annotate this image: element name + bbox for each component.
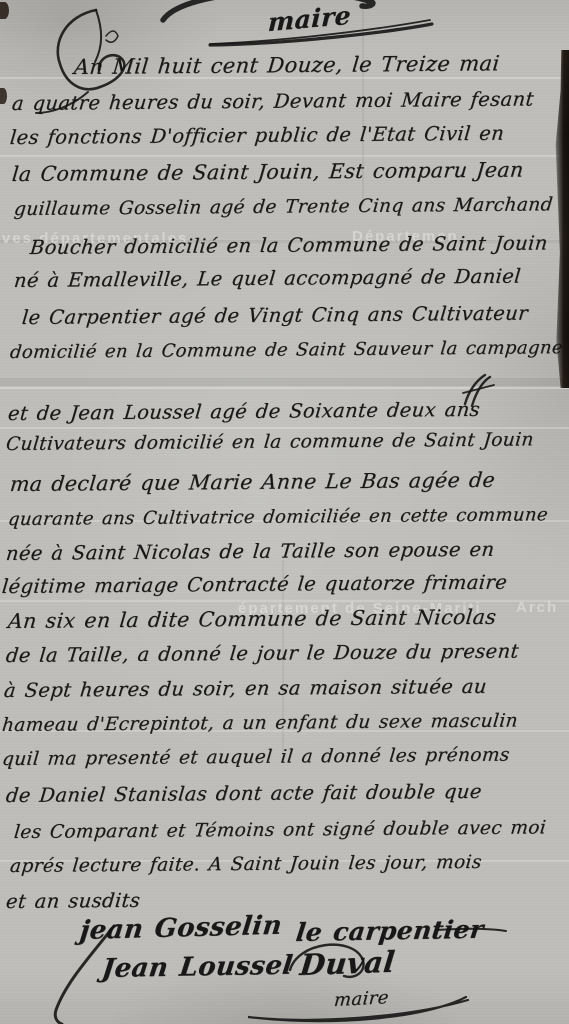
signature-gosselin: jean Gosselin bbox=[78, 911, 283, 946]
manuscript-text-line: domicilié en la Commune de Saint Sauveur… bbox=[9, 337, 564, 363]
manuscript-text-line: quarante ans Cultivatrice domiciliée en … bbox=[7, 504, 549, 530]
manuscript-text-line: Cultivateurs domicilié en la commune de … bbox=[5, 429, 535, 455]
manuscript-text-line: quil ma presenté et auquel il a donné le… bbox=[1, 745, 511, 770]
fold-line bbox=[0, 155, 569, 157]
manuscript-text-line: né à Emalleville, Le quel accompagné de … bbox=[13, 265, 522, 292]
fold-line bbox=[0, 427, 569, 429]
header-maire-annotation: maire bbox=[267, 1, 351, 37]
manuscript-text-line: la Commune de Saint Jouin, Est comparu J… bbox=[11, 158, 525, 186]
manuscript-text-line: le Carpentier agé de Vingt Cinq ans Cult… bbox=[21, 302, 529, 329]
manuscript-text-line: ma declaré que Marie Anne Le Bas agée de bbox=[9, 468, 496, 496]
signature-carpentier: le carpentier bbox=[294, 915, 485, 947]
manuscript-text-line: et an susdits bbox=[5, 889, 142, 913]
manuscript-text-line: Boucher domicilié en la Commune de Saint… bbox=[29, 231, 549, 259]
signature-duval-title: maire bbox=[333, 987, 390, 1011]
signature-duval: Duval bbox=[298, 945, 396, 982]
manuscript-text-line: les Comparant et Témoins ont signé doubl… bbox=[13, 817, 547, 843]
fold-line bbox=[0, 387, 569, 389]
fold-line bbox=[0, 378, 569, 386]
manuscript-text-line: aprés lecture faite. A Saint Jouin les j… bbox=[9, 852, 483, 877]
archive-watermark: Arch bbox=[516, 599, 558, 616]
fold-line bbox=[0, 600, 569, 602]
manuscript-text-line: de Daniel Stanislas dont acte fait doubl… bbox=[5, 780, 483, 807]
manuscript-text-line: à Sept heures du soir, en sa maison situ… bbox=[3, 675, 488, 702]
signature-loussel: Jean Loussel bbox=[100, 951, 294, 984]
manuscript-text-line: née à Saint Nicolas de la Taille son epo… bbox=[5, 538, 496, 565]
manuscript-text-line: et de Jean Loussel agé de Soixante deux … bbox=[7, 398, 481, 425]
edge-ink-spot bbox=[0, 2, 9, 19]
manuscript-text-line: An six en la dite Commune de Saint Nicol… bbox=[7, 605, 498, 633]
manuscript-scan: ves départementales Départemen épartemen… bbox=[0, 0, 569, 1024]
edge-ink-spot bbox=[0, 88, 7, 104]
manuscript-text-line: a quatre heures du soir, Devant moi Mair… bbox=[11, 87, 535, 115]
manuscript-text-line: les fonctions D'officier public de l'Eta… bbox=[9, 122, 505, 149]
manuscript-text-line: légitime mariage Contracté le quatorze f… bbox=[1, 571, 508, 598]
manuscript-text-line: An Mil huit cent Douze, le Treize mai bbox=[73, 51, 501, 79]
manuscript-text-line: hameau d'Ecrepintot, a un enfant du sexe… bbox=[1, 710, 519, 736]
manuscript-text-line: de la Taille, a donné le jour le Douze d… bbox=[5, 640, 520, 667]
manuscript-text-line: guillaume Gosselin agé de Trente Cinq an… bbox=[13, 194, 554, 220]
